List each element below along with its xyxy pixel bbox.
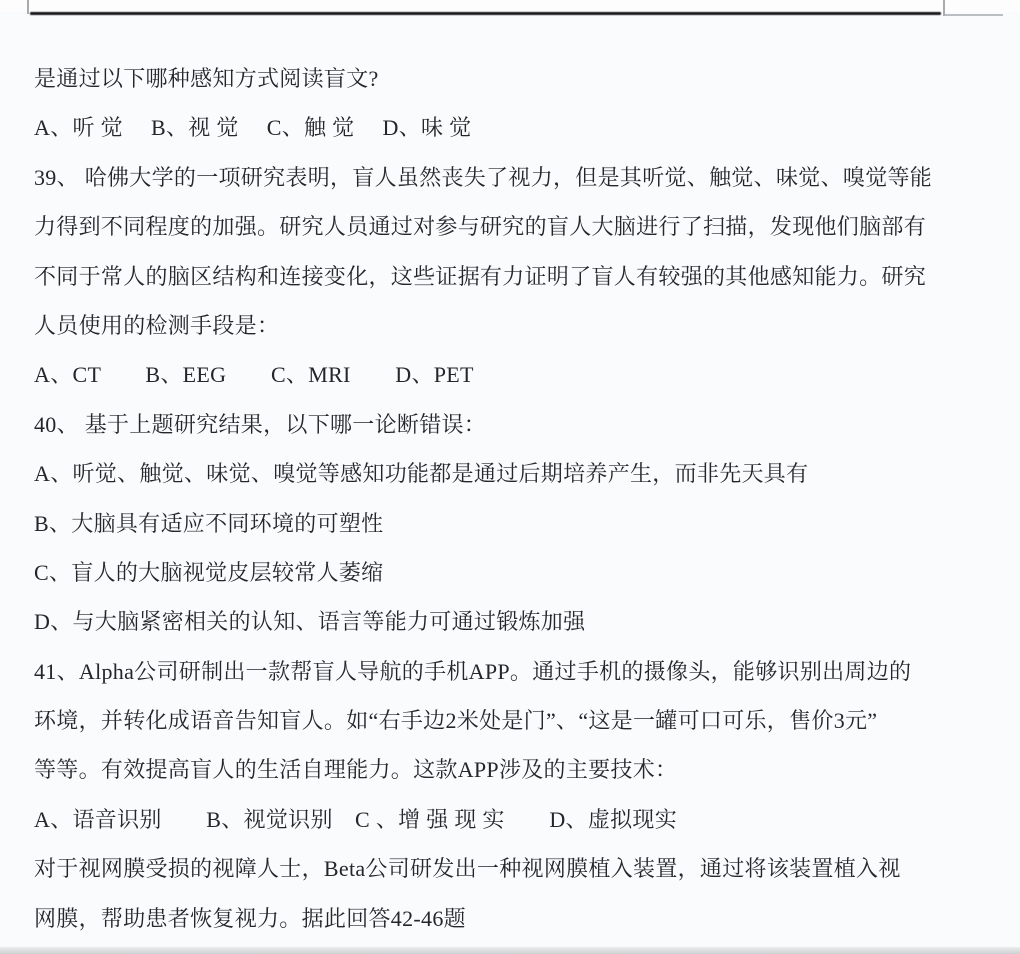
table-border-left-stub [27,0,29,14]
q40-option-b: B、大脑具有适应不同环境的可塑性 [34,499,984,548]
q39-stem-line-3: 不同于常人的脑区结构和连接变化，这些证据有力证明了盲人有较强的其他感知能力。研究 [34,252,984,301]
q40-option-c: C、盲人的大脑视觉皮层较常人萎缩 [34,548,984,597]
q39-options-row: A、CT B、EEG C、MRI D、PET [34,350,984,399]
document-page: 是通过以下哪种感知方式阅读盲文? A、听 觉 B、视 觉 C、触 觉 D、味 觉… [0,0,1020,954]
q42-intro-line-1: 对于视网膜受损的视障人士，Beta公司研发出一种视网膜植入装置，通过将该装置植入… [34,844,984,893]
q38-stem-tail-line: 是通过以下哪种感知方式阅读盲文? [34,54,984,103]
q42-intro-line-2: 网膜，帮助患者恢复视力。据此回答42-46题 [34,894,984,943]
q38-options-row: A、听 觉 B、视 觉 C、触 觉 D、味 觉 [34,103,984,152]
table-border-right-extension [945,14,1003,16]
page-bottom-edge [0,947,1020,954]
q41-options-row: A、语音识别 B、视觉识别 C 、增 强 现 实 D、虚拟现实 [34,795,984,844]
q40-stem-line: 40、 基于上题研究结果，以下哪一论断错误： [34,400,984,449]
table-border-bottom-rule [30,12,941,15]
q39-stem-line-1: 39、 哈佛大学的一项研究表明，盲人虽然丧失了视力，但是其听觉、触觉、味觉、嗅觉… [34,153,984,202]
q40-option-d: D、与大脑紧密相关的认知、语言等能力可通过锻炼加强 [34,597,984,646]
exam-text-body: 是通过以下哪种感知方式阅读盲文? A、听 觉 B、视 觉 C、触 觉 D、味 觉… [34,54,984,943]
q39-stem-line-4: 人员使用的检测手段是： [34,301,984,350]
q41-stem-line-2: 环境，并转化成语音告知盲人。如“右手边2米处是门”、“这是一罐可口可乐，售价3元… [34,696,984,745]
q39-stem-line-2: 力得到不同程度的加强。研究人员通过对参与研究的盲人大脑进行了扫描，发现他们脑部有 [34,202,984,251]
q40-option-a: A、听觉、触觉、味觉、嗅觉等感知功能都是通过后期培养产生，而非先天具有 [34,449,984,498]
q41-stem-line-1: 41、Alpha公司研制出一款帮盲人导航的手机APP。通过手机的摄像头，能够识别… [34,647,984,696]
page-top-margin [0,0,1020,12]
q41-stem-line-3: 等等。有效提高盲人的生活自理能力。这款APP涉及的主要技术： [34,745,984,794]
